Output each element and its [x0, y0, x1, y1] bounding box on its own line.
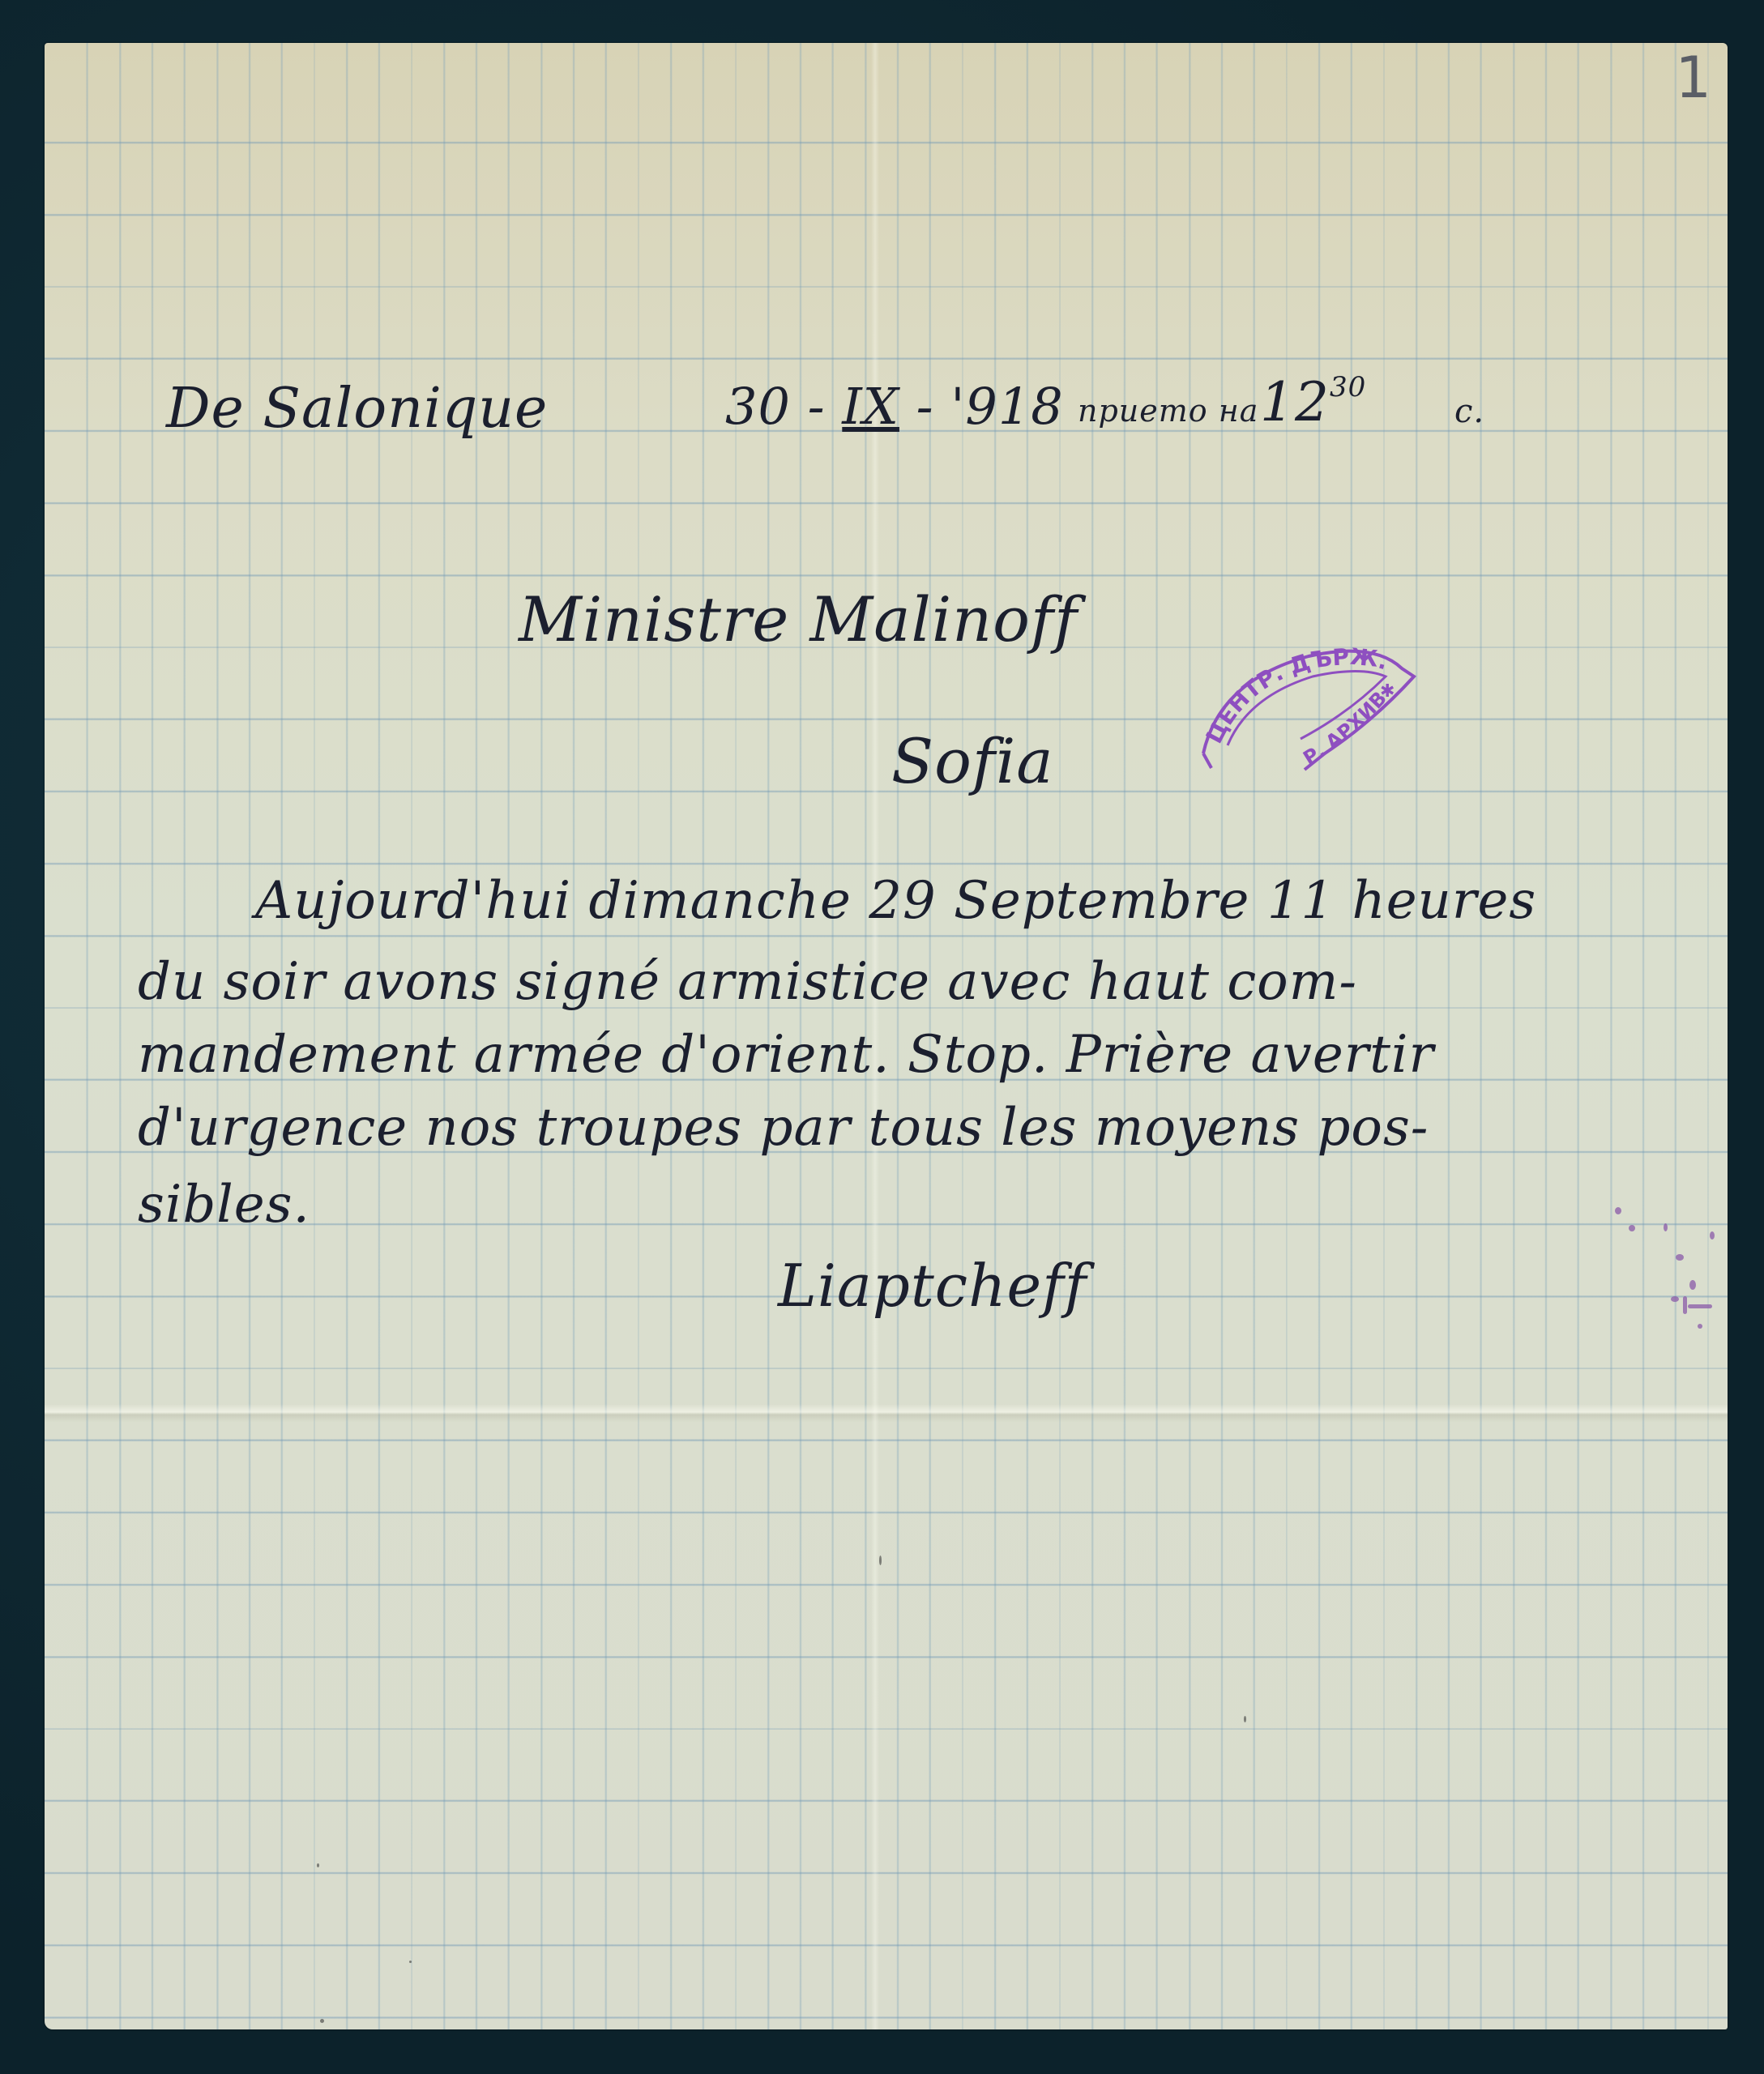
folio-number: 1: [1675, 45, 1711, 111]
body-line: sibles.: [138, 1175, 310, 1235]
date-separator: -: [808, 377, 826, 436]
received-time: 1230: [1260, 371, 1366, 433]
svg-text:ЦЕНТР. ДЪРЖ.: ЦЕНТР. ДЪРЖ.: [1201, 643, 1391, 748]
received-note: приетo на: [1078, 393, 1258, 429]
time-hour: 12: [1260, 371, 1330, 433]
body-line: Aujourd'hui dimanche 29 Septembre 11 heu…: [255, 871, 1536, 931]
addressee-name: Ministre Malinoff: [519, 583, 1078, 655]
stamp-text-bottom: Р. АРХИВ: [1299, 687, 1391, 770]
time-minutes: 30: [1330, 371, 1366, 403]
date-day: 30: [725, 377, 791, 436]
archive-stamp: ЦЕНТР. ДЪРЖ. Р. АРХИВ ✱: [1171, 632, 1438, 794]
addressee-city: Sofia: [891, 725, 1054, 797]
date-separator: -: [916, 377, 934, 436]
origin-location: De Salonique: [166, 377, 548, 441]
svg-text:Р. АРХИВ: Р. АРХИВ: [1299, 687, 1391, 770]
time-suffix: c.: [1454, 393, 1484, 430]
body-line: d'urgence nos troupes par tous les moyen…: [138, 1098, 1429, 1158]
date-year: '918: [950, 377, 1063, 436]
body-line: mandement armée d'orient. Stop. Prière a…: [138, 1025, 1434, 1085]
body-line: du soir avons signé armistice avec haut …: [138, 952, 1357, 1012]
signature: Liaptcheff: [778, 1252, 1087, 1320]
date-month: IX: [842, 377, 899, 436]
stamp-text-top: ЦЕНТР. ДЪРЖ.: [1201, 643, 1391, 748]
horizontal-fold-crease: [45, 1404, 1728, 1422]
stamp-star-icon: ✱: [1380, 681, 1395, 702]
date: 30 - IX - '918: [725, 377, 1064, 436]
stamp-icon: ЦЕНТР. ДЪРЖ. Р. АРХИВ ✱: [1171, 632, 1438, 794]
